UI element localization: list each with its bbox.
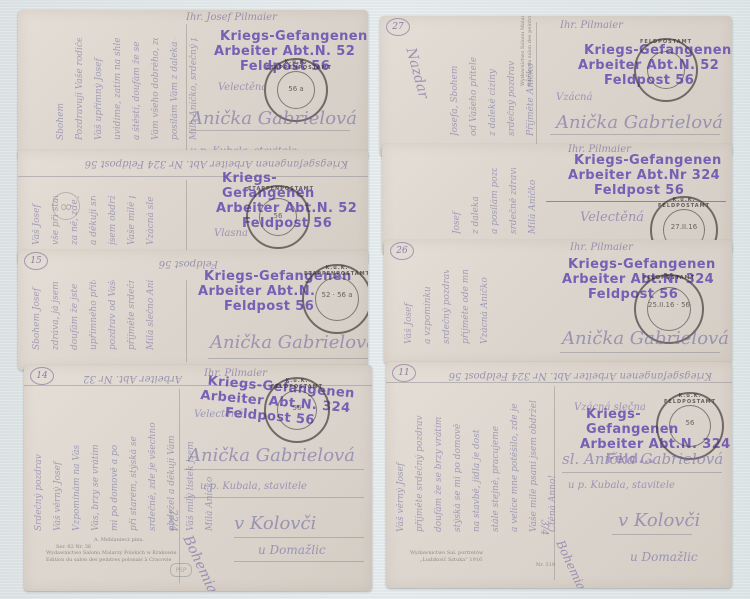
handwritten-message: Vzácná Aničkopřijměte ode mnesrdečný poz…	[404, 270, 490, 344]
postcard-left-4: 14 Arbeiter Abt. Nr 324 Feldpost 56 Ihr.…	[24, 365, 372, 591]
card-divider	[186, 280, 187, 362]
date-mark: 22/4	[168, 509, 179, 531]
postcard-left-3: 15 Feldpost 56 Milá slečno Aničkopřijmět…	[18, 250, 368, 370]
postcard-left-2: Kriegsgefangenen Arbeiter Abt. Nr 324 Fe…	[18, 150, 368, 265]
recipient-region: u Domažlic	[630, 550, 698, 564]
recipient-name: Anička Gabrielová	[556, 112, 723, 133]
card-divider	[536, 22, 537, 148]
postmark: K.u.K. FELDPOSTAMT 56	[264, 377, 330, 443]
postmark: K.u.K. ETAPPENPOSTAMT 52 · 56 a	[302, 264, 368, 334]
date-mark: 3/4	[539, 519, 550, 535]
upside-down-header: Kriegsgefangenen Arbeiter Abt. Nr 324 Fe…	[78, 153, 348, 169]
corner-number: 14	[30, 367, 54, 385]
recipient-name: Anička Gabrielová	[210, 332, 368, 353]
upside-down-header: Kriegsgefangenen Arbeiter Abt. Nr 324 Fe…	[410, 365, 712, 381]
address-line	[190, 130, 350, 131]
recipient-town: v Kolovči	[234, 513, 316, 534]
handwritten-message: Ctěná Anno!Vaše milé psaní jsem obdržela…	[396, 392, 558, 532]
corner-number: 26	[390, 242, 414, 260]
card-series-number: Nr. 319	[536, 562, 555, 569]
recipient-label: Velectěná	[194, 409, 243, 420]
country-word: Bohemia	[179, 533, 220, 591]
recipient-label: Velectěná	[218, 82, 267, 93]
postcard-right-3: 26 Ihr. Pilmaier Vzácná Aničkopřijměte o…	[384, 240, 732, 364]
corner-number: 27	[386, 18, 410, 36]
recipient-name: Anička Gabrielová	[562, 328, 729, 349]
address-line	[184, 497, 364, 498]
address-line	[550, 134, 720, 135]
postcard-right-1: 27 Nazdar Přijměte Aničkosrdečný pozdrav…	[380, 16, 732, 156]
handwritten-message: Milá slečno Aničkopřijměte srdečnýpozdra…	[32, 280, 156, 350]
postcard-right-4: 11 Kriegsgefangenen Arbeiter Abt. Nr 324…	[386, 362, 732, 588]
address-line	[208, 358, 368, 359]
postcard-right-2: Ihr. Pilmaier Milá Aničkosrdečně zdravím…	[382, 144, 732, 254]
upside-down-header: Feldpost 56	[98, 253, 218, 269]
postcard-left-1: Ihr. Josef Pilmaier Milá Aničko, srdečný…	[18, 10, 368, 160]
card-divider	[186, 180, 187, 257]
recipient-name: Anička Gabrielová	[188, 445, 355, 466]
corner-number: 15	[24, 252, 48, 270]
address-line	[612, 534, 692, 535]
sender-handwriting: Ihr. Josef Pilmaier	[186, 12, 356, 28]
printed-publisher-info: A. Meblaniecz pinx. Ser. 62 Nr. 36 Wydaw…	[46, 537, 176, 563]
via-address: u p. Kubala, stavitele	[200, 481, 307, 492]
handwritten-message: Milá Aničko, srdečný pozdravposílám Vám …	[56, 38, 199, 140]
header-rule	[386, 382, 732, 383]
address-line	[234, 561, 364, 562]
address-line	[234, 537, 364, 538]
recipient-name: Anička Gabrielová	[190, 108, 357, 129]
address-line	[560, 352, 720, 353]
recipient-label: Velectěná	[580, 210, 644, 225]
postmark: ETAPPENPOSTAMT 56	[246, 185, 310, 249]
recipient-label: Vlasna	[214, 228, 248, 239]
publisher-logo-icon: PSP	[170, 563, 192, 577]
recipient-name: sl. Anička Gabrielová	[562, 450, 723, 468]
address-line	[562, 472, 722, 473]
recipient-label: Vzácná slečna	[574, 402, 646, 413]
side-word: Nazdar	[403, 46, 432, 100]
sender-handwriting: Ihr. Pilmaier	[570, 242, 720, 258]
handwritten-message: Milá Aničkosrdečně zdravíma posílám pozd…	[452, 168, 538, 234]
upside-down-header: Arbeiter Abt. Nr 324 Feldpost 56	[84, 368, 182, 384]
recipient-region: u Domažlic	[258, 543, 326, 557]
printed-publisher-info: Wydawnictwo Salonu Malarzy Edition du sa…	[520, 16, 533, 86]
printed-publisher-info: Wydawnictwo Sal. portretów „Ludzkość Szt…	[410, 550, 483, 563]
sender-handwriting: Ihr. Pilmaier	[560, 20, 720, 36]
country-word: Bohemia	[553, 538, 588, 588]
address-line	[184, 469, 364, 470]
pow-stamp: Kriegs-Gefangenen Arbeiter Abt.Nr 324 Fe…	[574, 154, 722, 199]
via-address: u p. Kubala, stavitele	[568, 480, 675, 491]
recipient-town: v Kolovči	[618, 510, 700, 531]
recipient-label: Vzácná	[556, 92, 592, 103]
postmark: FELDPOSTAMT	[634, 38, 698, 102]
handwritten-message: Vzácná slečnoVaše milé psaníjsem obdržel…	[32, 196, 156, 245]
